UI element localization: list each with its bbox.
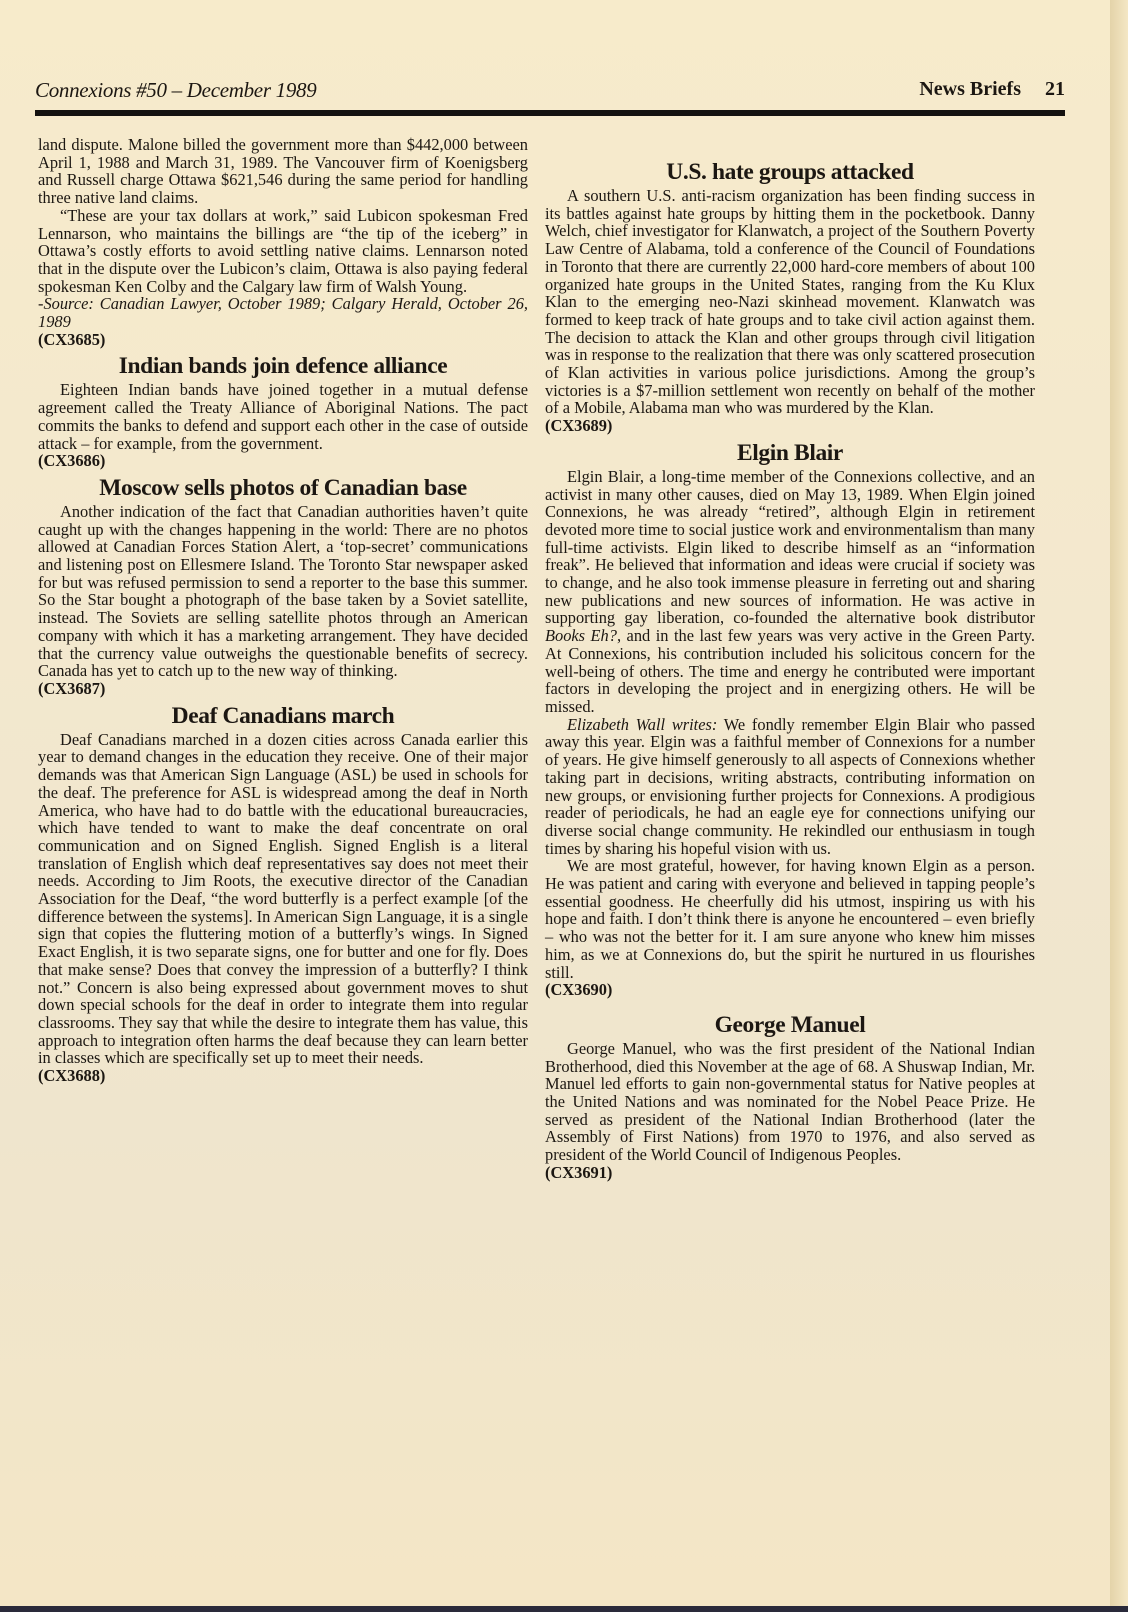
article-george-manuel: George Manuel George Manuel, who was the… — [545, 1011, 1035, 1182]
section-and-page: News Briefs21 — [919, 78, 1065, 101]
article-code: (CX3687) — [38, 680, 528, 698]
paragraph: land dispute. Malone billed the governme… — [38, 136, 528, 207]
page-edge — [1110, 0, 1128, 1612]
author-attribution: Elizabeth Wall writes: — [567, 715, 717, 734]
article-code: (CX3689) — [545, 417, 1035, 435]
article-hate-groups: U.S. hate groups attacked A southern U.S… — [545, 158, 1035, 435]
paragraph-text: We fondly remember Elgin Blair who passe… — [545, 715, 1035, 858]
paragraph: Elgin Blair, a long-time member of the C… — [545, 468, 1035, 716]
newspaper-page: Connexions #50 – December 1989 News Brie… — [0, 0, 1110, 1606]
article-elgin-blair: Elgin Blair Elgin Blair, a long-time mem… — [545, 439, 1035, 999]
headline: Elgin Blair — [545, 439, 1035, 467]
article-indian-bands: Indian bands join defence alliance Eight… — [38, 352, 528, 470]
page-bottom-edge — [0, 1606, 1128, 1612]
header-rule — [35, 110, 1065, 116]
book-title: Books Eh? — [545, 626, 617, 645]
article-code: (CX3690) — [545, 981, 1035, 999]
paragraph: Eighteen Indian bands have joined togeth… — [38, 381, 528, 452]
headline: U.S. hate groups attacked — [545, 158, 1035, 186]
section-name: News Briefs — [919, 78, 1021, 100]
paragraph: “These are your tax dollars at work,” sa… — [38, 207, 528, 296]
paragraph: We are most grateful, however, for havin… — [545, 857, 1035, 981]
paragraph: Deaf Canadians marched in a dozen cities… — [38, 731, 528, 1067]
paragraph: Another indication of the fact that Cana… — [38, 503, 528, 680]
running-header: Connexions #50 – December 1989 News Brie… — [35, 76, 1065, 106]
headline: Moscow sells photos of Canadian base — [38, 474, 528, 502]
article-moscow-photos: Moscow sells photos of Canadian base Ano… — [38, 474, 528, 698]
paragraph: George Manuel, who was the first preside… — [545, 1040, 1035, 1164]
paragraph-text: Elgin Blair, a long-time member of the C… — [545, 467, 1035, 628]
article-code: (CX3688) — [38, 1067, 528, 1085]
paragraph-text: , and in the last few years was very act… — [545, 626, 1035, 716]
right-column: U.S. hate groups attacked A southern U.S… — [545, 136, 1035, 1182]
article-code: (CX3686) — [38, 452, 528, 470]
paragraph: Elizabeth Wall writes: We fondly remembe… — [545, 716, 1035, 858]
article-code: (CX3691) — [545, 1164, 1035, 1182]
left-column: land dispute. Malone billed the governme… — [38, 136, 528, 1085]
paragraph: A southern U.S. anti-racism organization… — [545, 187, 1035, 417]
article-continued-land-dispute: land dispute. Malone billed the governme… — [38, 136, 528, 348]
headline: Deaf Canadians march — [38, 702, 528, 730]
headline: Indian bands join defence alliance — [38, 352, 528, 380]
page-number: 21 — [1045, 78, 1065, 100]
source-citation: -Source: Canadian Lawyer, October 1989; … — [38, 295, 528, 330]
article-code: (CX3685) — [38, 331, 528, 349]
article-deaf-canadians: Deaf Canadians march Deaf Canadians marc… — [38, 702, 528, 1085]
paragraph-text: We are most grateful, however, for havin… — [545, 856, 1035, 981]
publication-title: Connexions #50 – December 1989 — [35, 78, 316, 103]
headline: George Manuel — [545, 1011, 1035, 1039]
